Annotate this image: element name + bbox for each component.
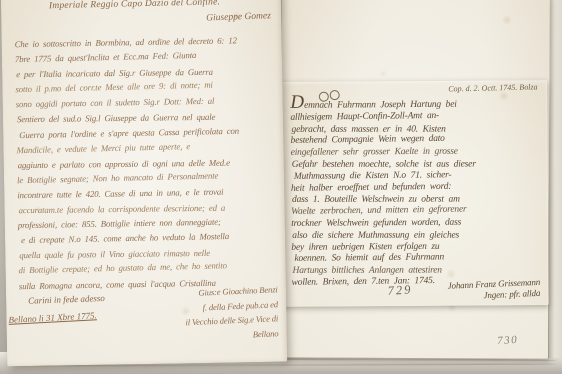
letter-heading: Imperiale Reggio Capo Dazio del Confine. (49, 0, 269, 11)
handwritten-line: koennen. So hiemit auf des Fuhrmann (294, 252, 547, 266)
dateline: Bellano li 31 Xbre 1775. (8, 310, 97, 325)
left-letter-page: Imperiale Reggio Capo Dazio del Confine.… (1, 0, 287, 366)
page-number-730: 730 (497, 334, 519, 347)
right-letter-page: Cop. d. 2. Octt. 1745. Bolza Demnach Fuh… (276, 80, 549, 307)
letter-body: Che io sottoscritto in Bormbina, ad ordi… (15, 33, 282, 294)
addressee-name: Giuseppe Gomez (206, 11, 271, 23)
closing-line: Carini in fede adesso (28, 293, 105, 306)
page-number-729: 729 (387, 282, 413, 298)
photo-of-manuscripts: 730 Cop. d. 2. Octt. 1745. Bolza Demnach… (0, 0, 562, 374)
signature-block: Johann Franz Grissemann Jngen: pfr. alld… (448, 280, 541, 303)
letter-body: Demnach Fuhrmann Joseph Hartung bei allh… (290, 95, 544, 290)
album-page-fore-edge (548, 0, 562, 358)
handwritten-line: eingefallener sehr grosser Kaelte in gro… (291, 146, 544, 160)
docket-note: Cop. d. 2. Octt. 1745. Bolza (448, 82, 538, 93)
handwritten-line: allhiesigem Haupt-Confin-Zoll-Amt an- (290, 109, 543, 124)
signature-block: Gius:e Gioachino Benzi f. della Fede pub… (185, 285, 279, 345)
handwritten-line: trockner Welschwein gefunden worden, das… (291, 217, 544, 231)
handwritten-line: heit halber eroeffnet und befunden word: (291, 180, 544, 195)
